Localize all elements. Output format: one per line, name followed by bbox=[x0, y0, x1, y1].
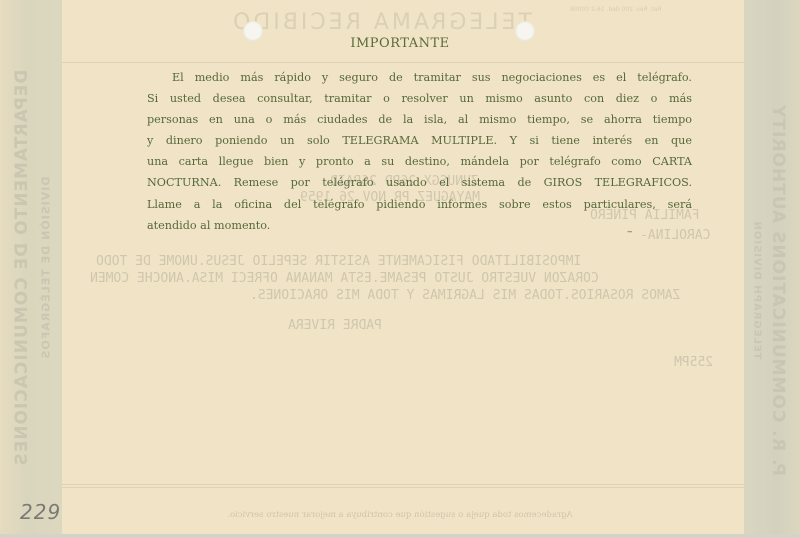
notice-line: El medio más rápido y seguro de tramitar… bbox=[172, 67, 692, 88]
footer-bleed-text: Agradecemos toda queja o sugestión que c… bbox=[0, 510, 800, 520]
notice-body: El medio más rápido y seguro de tramitar… bbox=[172, 67, 692, 236]
bottom-rule-2 bbox=[62, 487, 744, 488]
scan-edge bbox=[0, 534, 800, 538]
bleed-small-header: Ret. Rev. 200 ded. 16-2 00008 bbox=[570, 6, 661, 13]
notice-line: NOCTURNA. Remese por telégrafo usando el… bbox=[147, 172, 692, 193]
notice-line: atendido al momento. bbox=[147, 215, 692, 236]
left-side-bleed-text: DEPARTAMENTO DE COMUNICACIONES bbox=[12, 69, 32, 466]
telegram-card: DEPARTAMENTO DE COMUNICACIONES DIVISIÓN … bbox=[0, 0, 800, 535]
right-side-bleed-text: P. R. COMMUNICATIONS AUTHORITY bbox=[768, 104, 788, 476]
bleed-time: 255PM bbox=[674, 355, 713, 370]
notice-line: y dinero poniendo un solo TELEGRAMA MULT… bbox=[147, 130, 692, 151]
bleed-body-1: IMPOSIBILITADO FISICAMENTE ASISTIR SEPEL… bbox=[96, 254, 581, 269]
bleed-body-2: CORAZON VUESTRO JUSTO PESAME.ESTA MANANA… bbox=[90, 271, 599, 286]
handwritten-number: 229 bbox=[20, 500, 61, 524]
bleed-header: TELEGRAMA RECIBIDO bbox=[230, 10, 532, 35]
right-side-bleed-subtext: TELEGRAPH DIVISION bbox=[752, 221, 763, 360]
notice-line: personas en una o más ciudades de la isl… bbox=[147, 109, 692, 130]
notice-line: una carta llegue bien y pronto a su dest… bbox=[147, 151, 692, 172]
notice-line: Llame a la oficina del telégrafo pidiend… bbox=[147, 194, 692, 215]
bleed-signature: PADRE RIVERA bbox=[288, 318, 382, 333]
notice-line: Si usted desea consultar, tramitar o res… bbox=[147, 88, 692, 109]
top-rule bbox=[62, 62, 744, 63]
trailing-mark: – bbox=[627, 225, 633, 238]
notice-title: IMPORTANTE bbox=[0, 36, 800, 51]
left-side-bleed-subtext: DIVISIÓN DE TELÉGRAFOS bbox=[40, 176, 53, 359]
bottom-rule bbox=[62, 484, 744, 485]
bleed-body-3: ZAMOS ROSARIOS.TODAS MIS LAGRIMAS Y TODA… bbox=[250, 288, 680, 303]
